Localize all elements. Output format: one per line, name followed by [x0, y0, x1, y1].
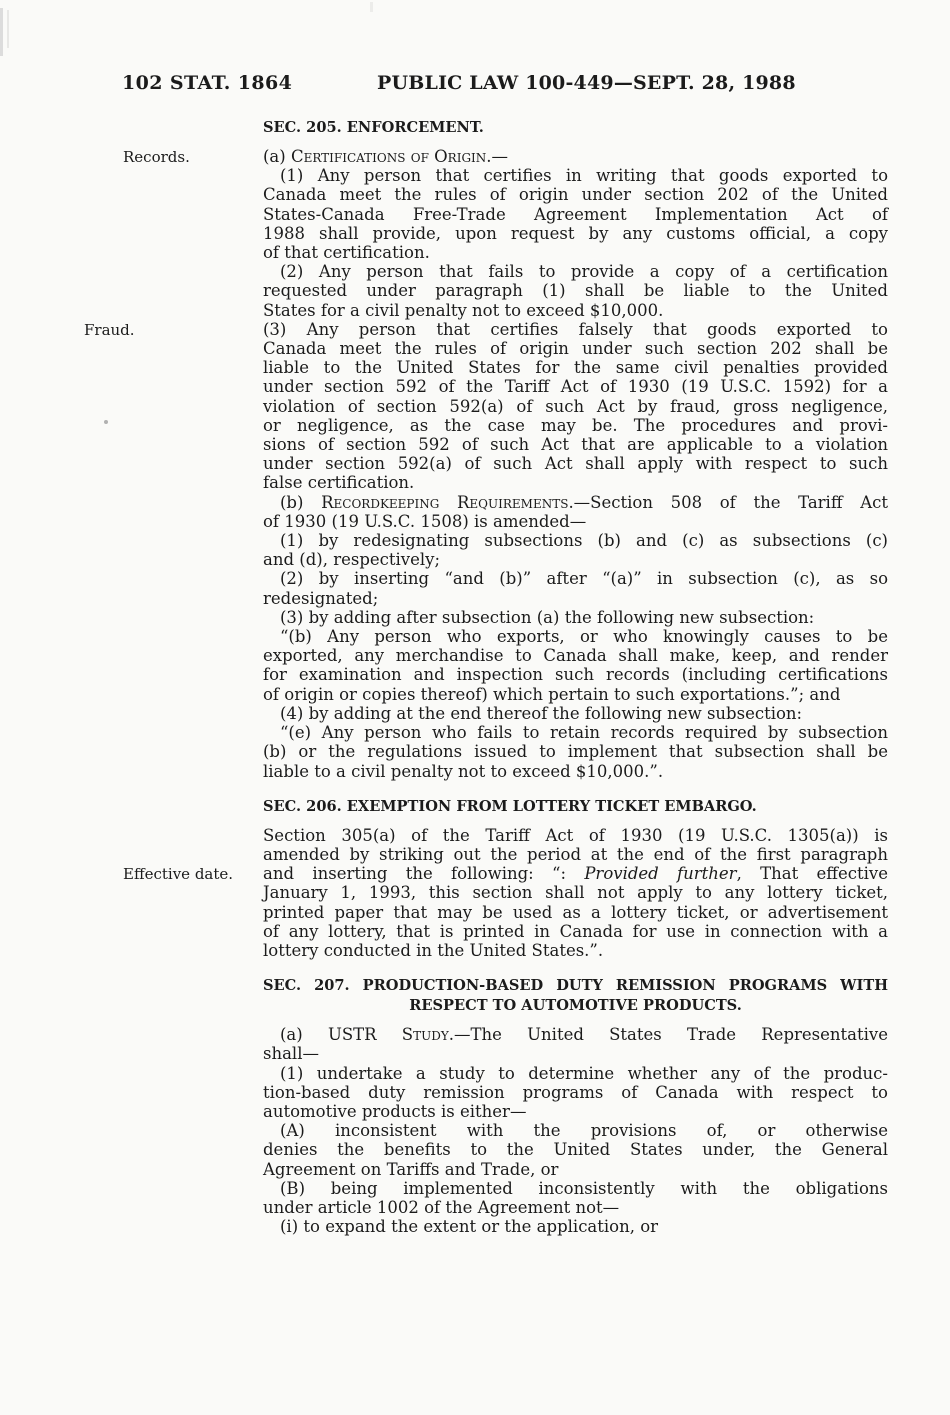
- text-line: exported, any merchandise to Canada shal…: [263, 646, 888, 665]
- paragraph: (4) by adding at the end thereof the fol…: [263, 704, 888, 723]
- paragraph: (1) by redesignating subsections (b) and…: [263, 531, 888, 569]
- paragraph: (B) being implemented inconsistently wit…: [263, 1179, 888, 1217]
- scan-speck-artifact: [370, 2, 373, 12]
- text-line: January 1, 1993, this section shall not …: [263, 883, 888, 902]
- text-line: Agreement on Tariffs and Trade, or: [263, 1160, 888, 1179]
- text-line: States for a civil penalty not to exceed…: [263, 301, 888, 320]
- text-line: automotive products is either—: [263, 1102, 888, 1121]
- margin-note: Effective date.: [123, 866, 233, 883]
- text-line: (B) being implemented inconsistently wit…: [263, 1179, 888, 1198]
- scan-edge-artifact: [0, 8, 3, 56]
- page-body: SEC. 205. ENFORCEMENT.Records.(a) Certif…: [263, 118, 888, 1236]
- text-line: tion-based duty remission programs of Ca…: [263, 1083, 888, 1102]
- text-line: of any lottery, that is printed in Canad…: [263, 922, 888, 941]
- text-line: violation of section 592(a) of such Act …: [263, 397, 888, 416]
- text-line: RESPECT TO AUTOMOTIVE PRODUCTS.: [263, 996, 888, 1016]
- text-line: (a) Certifications of Origin.—: [263, 147, 888, 166]
- paragraph: (2) by inserting “and (b)” after “(a)” i…: [263, 569, 888, 607]
- text-line: amended by striking out the period at th…: [263, 845, 888, 864]
- text-line: (1) Any person that certifies in writing…: [263, 166, 888, 185]
- text-line: 1988 shall provide, upon request by any …: [263, 224, 888, 243]
- text-line: redesignated;: [263, 589, 888, 608]
- text-line: (i) to expand the extent or the applicat…: [263, 1217, 888, 1236]
- paragraph: “(e) Any person who fails to retain reco…: [263, 723, 888, 781]
- paragraph: (a) USTR Study.—The United States Trade …: [263, 1025, 888, 1063]
- paragraph: (3) by adding after subsection (a) the f…: [263, 608, 888, 627]
- statute-page: 102 STAT. 1864 PUBLIC LAW 100-449—SEPT. …: [0, 0, 950, 1415]
- text-line: of that certification.: [263, 243, 888, 262]
- paragraph: (2) Any person that fails to provide a c…: [263, 262, 888, 320]
- scan-dot-artifact: [104, 420, 108, 424]
- text-line: requested under paragraph (1) shall be l…: [263, 281, 888, 300]
- paragraph: (i) to expand the extent or the applicat…: [263, 1217, 888, 1236]
- text-line: Canada meet the rules of origin under su…: [263, 339, 888, 358]
- paragraph: Fraud.(3) Any person that certifies fals…: [263, 320, 888, 493]
- paragraph: Records.(a) Certifications of Origin.—: [263, 147, 888, 166]
- section-heading: SEC. 206. EXEMPTION FROM LOTTERY TICKET …: [263, 797, 888, 817]
- text-line: (4) by adding at the end thereof the fol…: [263, 704, 888, 723]
- text-line: lottery conducted in the United States.”…: [263, 941, 888, 960]
- text-line: (1) undertake a study to determine wheth…: [263, 1064, 888, 1083]
- section-heading: SEC. 207. PRODUCTION-BASED DUTY REMISSIO…: [263, 976, 888, 1016]
- text-line: “(e) Any person who fails to retain reco…: [263, 723, 888, 742]
- text-line: and (d), respectively;: [263, 550, 888, 569]
- text-line: for examination and inspection such reco…: [263, 665, 888, 684]
- margin-note: Records.: [123, 149, 190, 166]
- text-line: under section 592 of the Tariff Act of 1…: [263, 377, 888, 396]
- text-line: Canada meet the rules of origin under se…: [263, 185, 888, 204]
- text-line: (3) Any person that certifies falsely th…: [263, 320, 888, 339]
- text-line: SEC. 207. PRODUCTION-BASED DUTY REMISSIO…: [263, 976, 888, 996]
- paragraph: (1) Any person that certifies in writing…: [263, 166, 888, 262]
- text-line: SEC. 206. EXEMPTION FROM LOTTERY TICKET …: [263, 797, 888, 817]
- text-line: (2) by inserting “and (b)” after “(a)” i…: [263, 569, 888, 588]
- text-line: and inserting the following: “: Provided…: [263, 864, 888, 883]
- text-line: liable to a civil penalty not to exceed …: [263, 762, 888, 781]
- text-line: shall—: [263, 1044, 888, 1063]
- text-line: sions of section 592 of such Act that ar…: [263, 435, 888, 454]
- paragraph: (b) Recordkeeping Requirements.—Section …: [263, 493, 888, 531]
- text-line: or negligence, as the case may be. The p…: [263, 416, 888, 435]
- paragraph: (1) undertake a study to determine wheth…: [263, 1064, 888, 1122]
- text-line: of origin or copies thereof) which perta…: [263, 685, 888, 704]
- text-line: (2) Any person that fails to provide a c…: [263, 262, 888, 281]
- text-line: under article 1002 of the Agreement not—: [263, 1198, 888, 1217]
- public-law-running-head: PUBLIC LAW 100-449—SEPT. 28, 1988: [377, 72, 796, 94]
- text-line: (1) by redesignating subsections (b) and…: [263, 531, 888, 550]
- text-line: denies the benefits to the United States…: [263, 1140, 888, 1159]
- paragraph: Effective date.Section 305(a) of the Tar…: [263, 826, 888, 960]
- paragraph: “(b) Any person who exports, or who know…: [263, 627, 888, 704]
- text-line: printed paper that may be used as a lott…: [263, 903, 888, 922]
- text-line: “(b) Any person who exports, or who know…: [263, 627, 888, 646]
- text-line: false certification.: [263, 473, 888, 492]
- text-line: (3) by adding after subsection (a) the f…: [263, 608, 888, 627]
- scan-edge-artifact: [7, 10, 9, 48]
- text-line: liable to the United States for the same…: [263, 358, 888, 377]
- text-line: SEC. 205. ENFORCEMENT.: [263, 118, 888, 138]
- text-line: of 1930 (19 U.S.C. 1508) is amended—: [263, 512, 888, 531]
- section-heading: SEC. 205. ENFORCEMENT.: [263, 118, 888, 138]
- text-line: (b) or the regulations issued to impleme…: [263, 742, 888, 761]
- text-line: (b) Recordkeeping Requirements.—Section …: [263, 493, 888, 512]
- paragraph: (A) inconsistent with the provisions of,…: [263, 1121, 888, 1179]
- margin-note: Fraud.: [84, 322, 135, 339]
- text-line: (a) USTR Study.—The United States Trade …: [263, 1025, 888, 1044]
- text-line: (A) inconsistent with the provisions of,…: [263, 1121, 888, 1140]
- text-line: under section 592(a) of such Act shall a…: [263, 454, 888, 473]
- statutes-page-number: 102 STAT. 1864: [122, 72, 292, 94]
- text-line: States-Canada Free-Trade Agreement Imple…: [263, 205, 888, 224]
- text-line: Section 305(a) of the Tariff Act of 1930…: [263, 826, 888, 845]
